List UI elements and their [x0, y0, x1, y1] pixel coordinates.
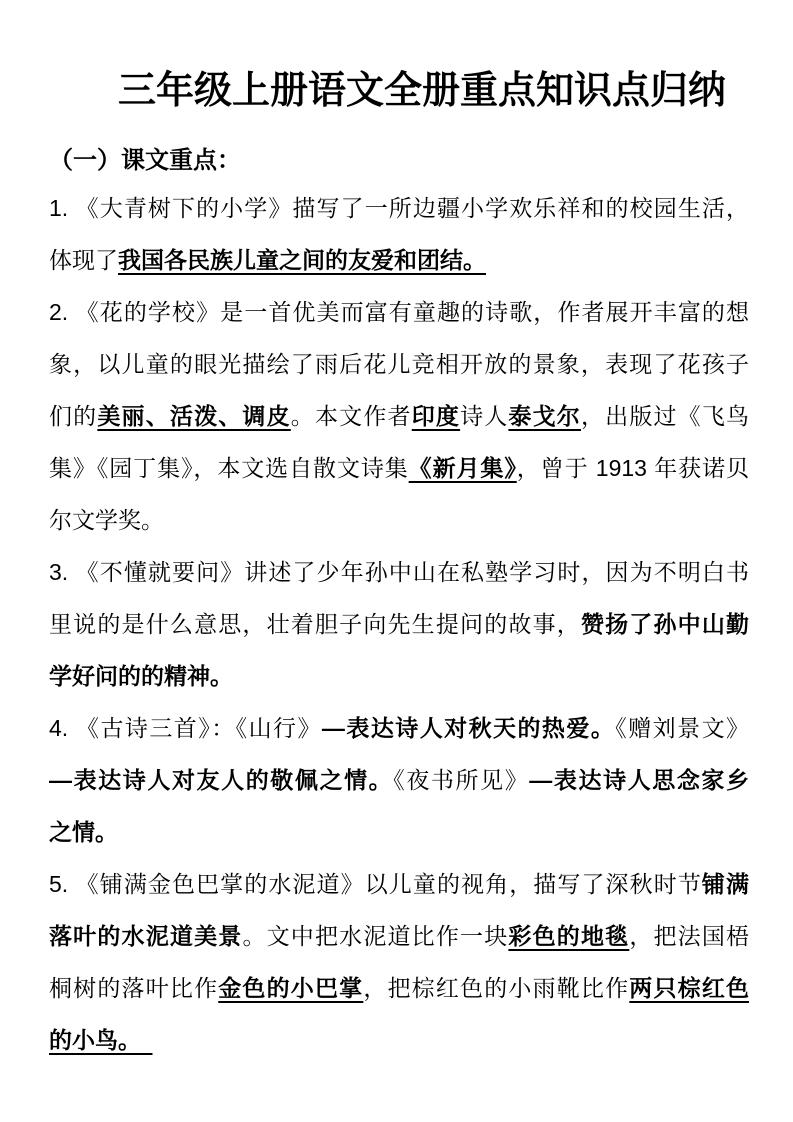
text-run: 体现了: [49, 247, 118, 273]
text-line: 1. 《大青树下的小学》描写了一所边疆小学欢乐祥和的校园生活，: [49, 182, 749, 234]
text-line: 集》《园丁集》，本文选自散文诗集《新月集》，曾于 1913 年获诺贝: [49, 442, 749, 494]
text-line: 4. 《古诗三首》：《山行》—表达诗人对秋天的热爱。《赠刘景文》: [49, 702, 749, 754]
text-run: 赞扬了孙中山勤: [581, 611, 749, 637]
text-line: 里说的是什么意思，壮着胆子向先生提问的故事，赞扬了孙中山勤: [49, 598, 749, 650]
text-run: —表达诗人思念家乡: [529, 767, 749, 793]
text-run: 2. 《花的学校》是一首优美而富有童趣的诗歌，作者展开丰富的想: [49, 299, 749, 325]
text-run: —表达诗人对友人的敬佩之情。: [49, 767, 393, 793]
text-run: 之情。: [49, 819, 118, 845]
text-run: 集》《园丁集》，本文选自散文诗集: [49, 455, 409, 481]
text-line: 体现了我国各民族儿童之间的友爱和团结。: [49, 234, 749, 286]
text-run: 里说的是什么意思，壮着胆子向先生提问的故事，: [49, 611, 581, 637]
text-run: 3. 《不懂就要问》讲述了少年孙中山在私塾学习时，因为不明白书: [49, 559, 749, 585]
text-run: 。本文作者: [291, 403, 412, 429]
text-run: ，把法国梧: [629, 923, 749, 949]
document-body: 1. 《大青树下的小学》描写了一所边疆小学欢乐祥和的校园生活，体现了我国各民族儿…: [49, 182, 749, 1066]
text-line: 象，以儿童的眼光描绘了雨后花儿竞相开放的景象，表现了花孩子: [49, 338, 749, 390]
text-line: 落叶的水泥道美景。文中把水泥道比作一块彩色的地毯，把法国梧: [49, 910, 749, 962]
text-run: 泰戈尔: [508, 403, 581, 429]
paragraph: 1. 《大青树下的小学》描写了一所边疆小学欢乐祥和的校园生活，体现了我国各民族儿…: [49, 182, 749, 286]
document-content: 三年级上册语文全册重点知识点归纳 （一）课文重点： 1. 《大青树下的小学》描写…: [0, 0, 793, 1066]
document-title: 三年级上册语文全册重点知识点归纳: [72, 68, 772, 114]
text-run: 两只棕红色: [629, 975, 749, 1001]
text-run: 1. 《大青树下的小学》描写了一所边疆小学欢乐祥和的校园生活，: [49, 195, 749, 221]
text-run: 的小鸟。: [49, 1027, 153, 1053]
text-line: —表达诗人对友人的敬佩之情。《夜书所见》—表达诗人思念家乡: [49, 754, 749, 806]
paragraph: 4. 《古诗三首》：《山行》—表达诗人对秋天的热爱。《赠刘景文》—表达诗人对友人…: [49, 702, 749, 858]
text-line: 桐树的落叶比作金色的小巴掌，把棕红色的小雨靴比作两只棕红色: [49, 962, 749, 1014]
text-run: —表达诗人对秋天的热爱。: [322, 715, 615, 741]
text-run: 桐树的落叶比作: [49, 975, 218, 1001]
text-run: 《赠刘景文》: [615, 715, 749, 741]
text-run: 《夜书所见》: [393, 767, 529, 793]
paragraph: 3. 《不懂就要问》讲述了少年孙中山在私塾学习时，因为不明白书里说的是什么意思，…: [49, 546, 749, 702]
text-run: 美丽、活泼、调皮: [97, 403, 290, 429]
paragraph: 5. 《铺满金色巴掌的水泥道》以儿童的视角，描写了深秋时节铺满落叶的水泥道美景。…: [49, 858, 749, 1066]
text-line: 学好问的的精神。: [49, 650, 749, 702]
text-run: 们的: [49, 403, 97, 429]
text-line: 2. 《花的学校》是一首优美而富有童趣的诗歌，作者展开丰富的想: [49, 286, 749, 338]
text-run: 彩色的地毯: [508, 923, 629, 949]
text-run: 尔文学奖。: [49, 507, 164, 533]
text-line: 的小鸟。: [49, 1014, 749, 1066]
text-line: 5. 《铺满金色巴掌的水泥道》以儿童的视角，描写了深秋时节铺满: [49, 858, 749, 910]
text-run: ，曾于 1913 年获诺贝: [517, 455, 749, 481]
text-run: 4. 《古诗三首》：《山行》: [49, 715, 322, 741]
document-page: 三年级上册语文全册重点知识点归纳 （一）课文重点： 1. 《大青树下的小学》描写…: [0, 0, 793, 1122]
text-run: 金色的小巴掌: [218, 975, 363, 1001]
text-run: 《新月集》: [409, 455, 517, 481]
text-run: 落叶的水泥道美景: [49, 923, 242, 949]
text-line: 之情。: [49, 806, 749, 858]
text-run: 5. 《铺满金色巴掌的水泥道》以儿童的视角，描写了深秋时节: [49, 871, 702, 897]
text-run: 印度: [412, 403, 460, 429]
text-run: 我国各民族儿童之间的友爱和团结。: [118, 247, 486, 273]
text-run: 诗人: [460, 403, 508, 429]
text-run: 铺满: [702, 871, 749, 897]
text-line: 3. 《不懂就要问》讲述了少年孙中山在私塾学习时，因为不明白书: [49, 546, 749, 598]
text-line: 尔文学奖。: [49, 494, 749, 546]
text-line: 们的美丽、活泼、调皮。本文作者印度诗人泰戈尔，出版过《飞鸟: [49, 390, 749, 442]
paragraph: 2. 《花的学校》是一首优美而富有童趣的诗歌，作者展开丰富的想象，以儿童的眼光描…: [49, 286, 749, 546]
section-heading: （一）课文重点：: [49, 146, 749, 176]
text-run: ，出版过《飞鸟: [581, 403, 749, 429]
text-run: 象，以儿童的眼光描绘了雨后花儿竞相开放的景象，表现了花孩子: [49, 351, 749, 377]
text-run: 。文中把水泥道比作一块: [242, 923, 508, 949]
text-run: 学好问的的精神。: [49, 663, 233, 689]
text-run: ，把棕红色的小雨靴比作: [363, 975, 629, 1001]
